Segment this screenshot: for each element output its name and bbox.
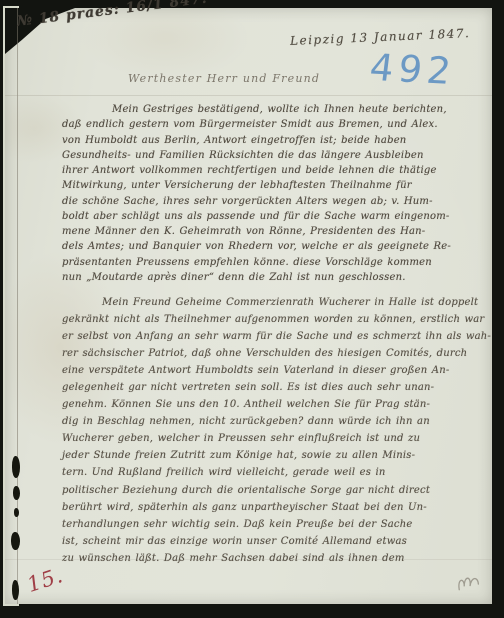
body-line: rer sächsischer Patriot, daß ohne Versch… <box>62 345 478 362</box>
body-line: eine verspätete Antwort Humboldts sein V… <box>62 362 478 379</box>
page-number-red: 15. <box>24 563 66 597</box>
horizontal-fold-line <box>5 95 492 96</box>
scanned-letter: № 18 praes: 16/1 847. Leipzig 13 Januar … <box>0 0 504 618</box>
body-line: gelegenheit gar nicht vertreten sein sol… <box>62 379 478 396</box>
binding-ink-blot <box>14 508 19 517</box>
body-line: er selbst von Anfang an sehr warm für di… <box>62 328 478 345</box>
body-line: Wucherer geben, welcher in Preussen sehr… <box>62 430 478 447</box>
binding-ink-blot <box>12 580 19 600</box>
body-line: daß endlich gestern vom Bürgermeister Sm… <box>62 117 478 132</box>
salutation: Werthester Herr und Freund <box>128 72 320 85</box>
body-line: nun „Moutarde après diner“ denn die Zahl… <box>62 270 478 285</box>
binding-ink-blot <box>11 532 20 550</box>
body-line: präsentanten Preussens empfehlen könne. … <box>62 255 478 270</box>
body-line: Mein Gestriges bestätigend, wollte ich I… <box>62 102 478 117</box>
letter-body: Mein Gestriges bestätigend, wollte ich I… <box>62 102 478 567</box>
body-line: Gesundheits- und Familien Rücksichten di… <box>62 148 478 163</box>
body-line: Mein Freund Geheime Commerzienrath Wuche… <box>62 294 478 311</box>
body-line: politischer Beziehung durch die oriental… <box>62 482 478 499</box>
body-line: Mitwirkung, unter Versicherung der lebha… <box>62 178 478 193</box>
body-line: die schöne Sache, ihres sehr vorgerückte… <box>62 194 478 209</box>
body-line: boldt aber schlägt uns als passende und … <box>62 209 478 224</box>
body-line: ist, scheint mir das einzige worin unser… <box>62 533 478 550</box>
dateline: Leipzig 13 Januar 1847. <box>289 26 470 48</box>
body-line: von Humboldt aus Berlin, Antwort eingetr… <box>62 133 478 148</box>
body-line: berührt wird, späterhin als ganz unparth… <box>62 499 478 516</box>
body-line: tern. Und Rußland freilich wird vielleic… <box>62 464 478 481</box>
registry-annotation: № 18 praes: 16/1 847. <box>16 0 208 30</box>
body-line: ihrer Antwort vollkommen rechtfertigen u… <box>62 163 478 178</box>
body-line: mene Männer den K. Geheimrath von Rönne,… <box>62 224 478 239</box>
body-line: terhandlungen sehr wichtig sein. Daß kei… <box>62 516 478 533</box>
body-line: dig in Beschlag nehmen, nicht zurückgebe… <box>62 413 478 430</box>
binding-ink-blot <box>12 456 20 478</box>
paragraph-2: Mein Freund Geheime Commerzienrath Wuche… <box>62 294 478 567</box>
archive-number-blue: 492 <box>367 46 458 93</box>
body-line: gekränkt nicht als Theilnehmer aufgenomm… <box>62 311 478 328</box>
paragraph-1: Mein Gestriges bestätigend, wollte ich I… <box>62 102 478 285</box>
binding-ink-blot <box>13 486 20 500</box>
body-line: dels Amtes; und Banquier von Rhedern vor… <box>62 239 478 254</box>
body-line: zu wünschen läßt. Daß mehr Sachsen dabei… <box>62 550 478 567</box>
letter-page: № 18 praes: 16/1 847. Leipzig 13 Januar … <box>5 8 492 604</box>
body-line: genehm. Können Sie uns den 10. Antheil w… <box>62 396 478 413</box>
body-line: jeder Stunde freien Zutritt zum Könige h… <box>62 447 478 464</box>
